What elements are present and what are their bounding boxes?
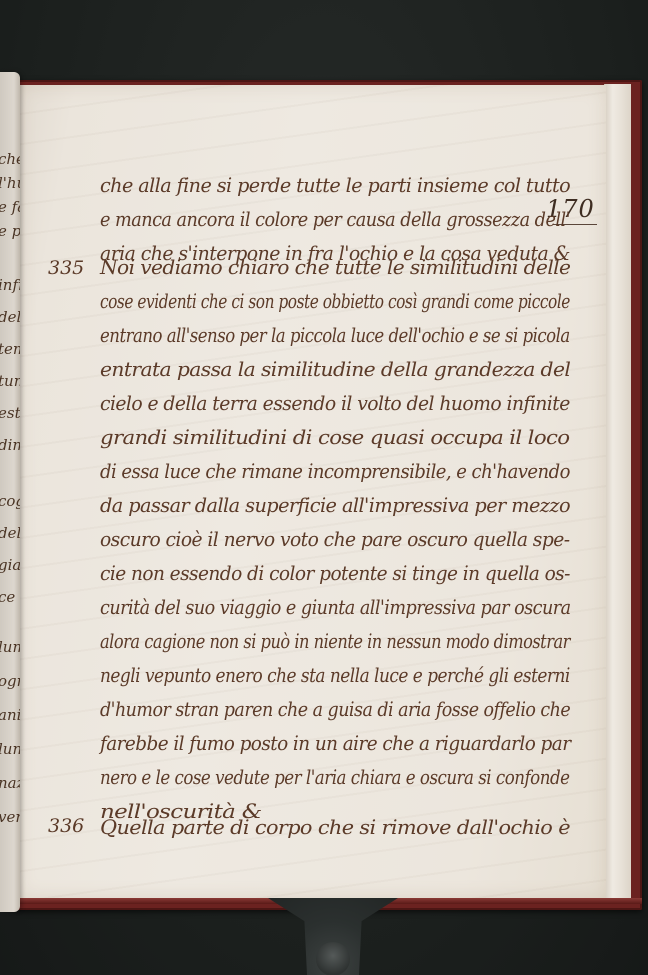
text-line: nero e le cose vedute per l'aria chiara … xyxy=(100,765,569,789)
text-line: grandi similitudini di cose quasi occupa… xyxy=(100,425,569,449)
paragraph-number: 336 xyxy=(48,815,84,837)
facing-text: tem xyxy=(0,340,20,358)
facing-text: ce & xyxy=(0,588,20,606)
text-line: entrano all'senso per la piccola luce de… xyxy=(100,323,570,347)
facing-text: dim xyxy=(0,436,20,454)
text-line: e manca ancora il colore per causa della… xyxy=(100,207,570,231)
facing-text: della xyxy=(0,308,20,326)
manuscript-page: 170 che alla fine si perde tutte le part… xyxy=(18,85,606,898)
text-line: entrata passa la similitudine della gran… xyxy=(100,357,570,381)
facing-text: gia xyxy=(0,556,20,574)
text-line: da passar dalla superficie all'impressiv… xyxy=(100,493,570,517)
facing-text: lume xyxy=(0,638,20,656)
text-line: alora cagione non si può in niente in ne… xyxy=(100,629,570,653)
text-line: cielo e della terra essendo il volto del… xyxy=(100,391,570,415)
facing-text: e pen xyxy=(0,222,20,240)
text-line: di essa luce che rimane incomprensibile,… xyxy=(100,459,570,483)
book-stand-knob xyxy=(316,942,350,975)
text-line: farebbe il fumo posto in un aire che a r… xyxy=(100,731,570,755)
facing-text: e face xyxy=(0,198,20,216)
facing-text: estre xyxy=(0,404,20,422)
facing-text: ogni xyxy=(0,672,20,690)
paragraph-number: 335 xyxy=(48,257,84,279)
facing-text: lun xyxy=(0,740,20,758)
text-line: Quella parte di corpo che si rimove dall… xyxy=(100,815,570,839)
text-line: oscuro cioè il nervo voto che pare oscur… xyxy=(100,527,569,551)
facing-text: della xyxy=(0,524,20,542)
text-line: negli vepunto enero che sta nella luce e… xyxy=(100,663,570,687)
text-line: curità del suo viaggio e giunta all'impr… xyxy=(100,595,571,619)
text-line: cose evidenti che ci son poste obbietto … xyxy=(100,289,570,313)
facing-text: che li xyxy=(0,150,20,168)
page-fore-edge xyxy=(604,84,631,898)
facing-text: verso xyxy=(0,808,20,826)
facing-text: anima xyxy=(0,706,20,724)
manuscript-text: che alla fine si perde tutte le parti in… xyxy=(18,85,606,898)
text-line: cie non essendo di color potente si ting… xyxy=(100,561,570,585)
facing-page-edge: che li l'huo e face e pen infra della te… xyxy=(0,72,20,912)
text-line: che alla fine si perde tutte le parti in… xyxy=(100,173,570,197)
facing-text: naz xyxy=(0,774,20,792)
text-line: Noi vediamo chiaro che tutte le similitu… xyxy=(100,255,570,279)
facing-text: cogni xyxy=(0,492,20,510)
facing-text: l'huo xyxy=(0,174,20,192)
facing-text: infra xyxy=(0,276,20,294)
facing-text: tumor xyxy=(0,372,20,390)
text-line: d'humor stran paren che a guisa di aria … xyxy=(100,697,570,721)
